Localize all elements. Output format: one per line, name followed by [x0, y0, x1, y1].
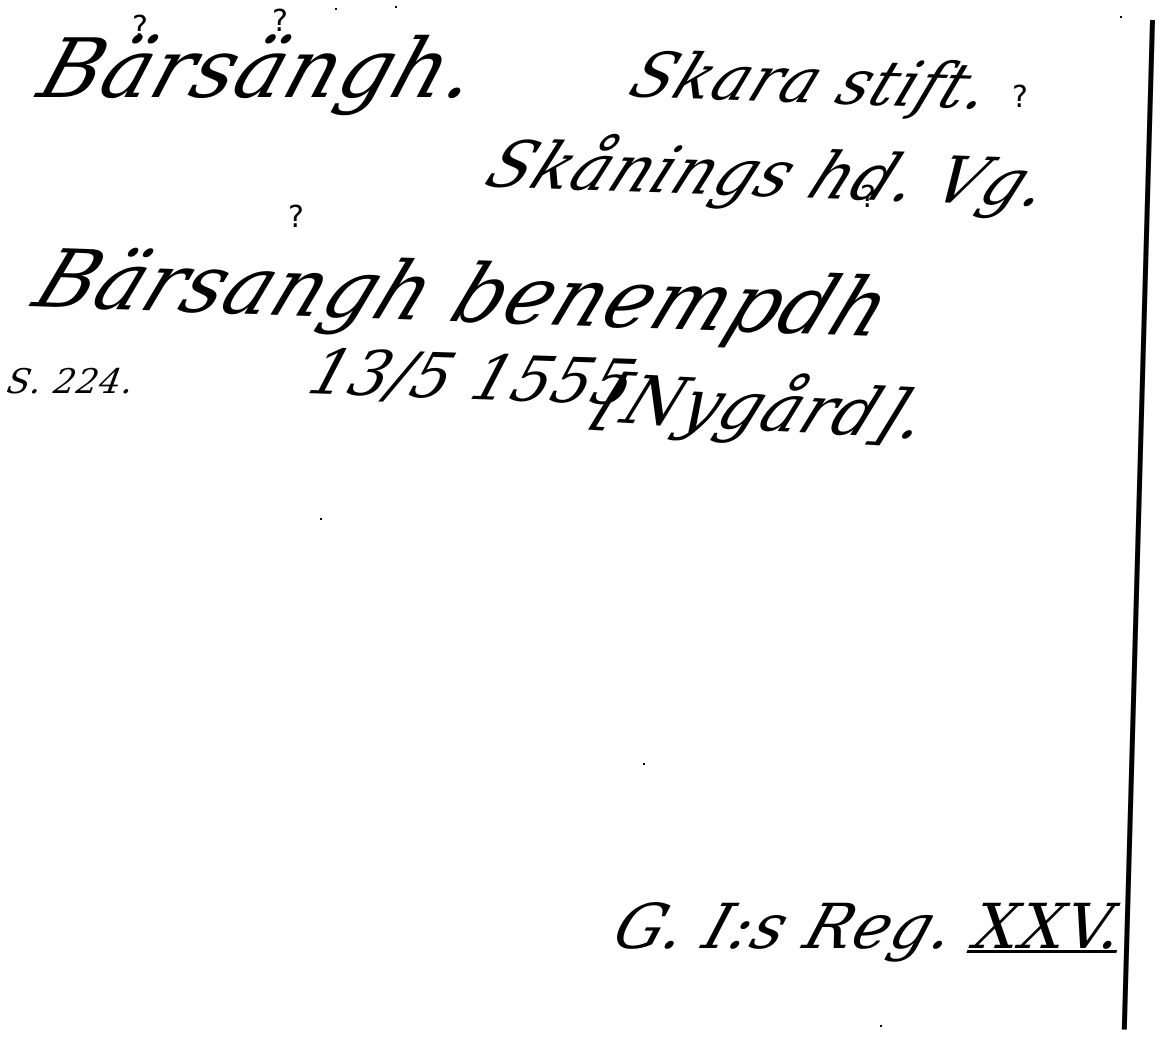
scan-speck: [395, 6, 397, 8]
bracketed-name: [Nygård].: [585, 360, 942, 454]
scan-speck: [1120, 16, 1122, 18]
source-reference: G. I:s Reg. XXV.: [605, 890, 1137, 963]
diocese-label: Skara stift.: [620, 38, 1004, 124]
query-mark: ?: [860, 180, 876, 215]
recorded-form: Bärsangh benempdh: [22, 232, 905, 355]
headword: Bärsängh.: [28, 22, 491, 117]
query-mark: ?: [288, 200, 304, 235]
index-card: ? ? Bärsängh. Skara stift. ? Skånings hd…: [0, 0, 1171, 1038]
scan-speck: [320, 518, 322, 520]
hundred-label: Skånings hd. Vg.: [475, 128, 1063, 222]
source-volume: XXV.: [963, 890, 1137, 963]
record-date: 13/5 1555: [300, 335, 646, 419]
scan-speck: [335, 8, 337, 10]
scan-speck: [880, 1025, 882, 1027]
card-edge-line: [1122, 20, 1155, 1030]
source-prefix: G. I:s Reg.: [605, 890, 966, 963]
query-mark: ?: [1012, 80, 1028, 115]
page-reference: S. 224.: [4, 362, 137, 402]
scan-speck: [643, 763, 645, 765]
